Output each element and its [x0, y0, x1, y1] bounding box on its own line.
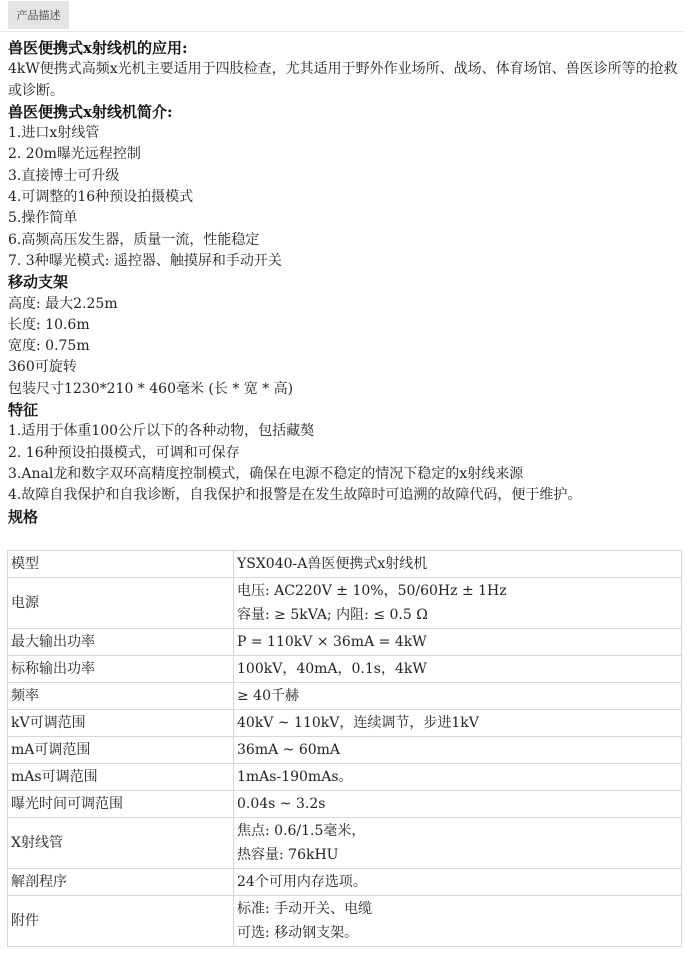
specs-table: 模型 YSX040-A兽医便携式x射线机 电源 电压: AC220V ± 10%… [7, 550, 682, 947]
intro-item: 7. 3种曝光模式: 遥控器、触摸屏和手动开关 [8, 251, 684, 272]
table-row: 模型 YSX040-A兽医便携式x射线机 [8, 551, 682, 578]
specs-heading: 规格 [8, 507, 684, 528]
feature-item: 4.故障自我保护和自我诊断，自我保护和报警是在发生故障时可追溯的故障代码，便于维… [8, 485, 684, 506]
stand-item: 宽度: 0.75m [8, 336, 684, 357]
spec-key: X射线管 [8, 818, 234, 869]
spec-value-line: 容量: ≥ 5kVA; 内阻: ≤ 0.5 Ω [237, 603, 678, 627]
spec-key: mA可调范围 [8, 737, 234, 764]
table-row: 曝光时间可调范围 0.04s ~ 3.2s [8, 791, 682, 818]
table-row: 频率 ≥ 40千赫 [8, 683, 682, 710]
feature-item: 3.Anal龙和数字双环高精度控制模式，确保在电源不稳定的情况下稳定的x射线来源 [8, 464, 684, 485]
intro-item: 4.可调整的16种预设拍摄模式 [8, 187, 684, 208]
application-text: 4kW便携式高频x光机主要适用于四肢检查，尤其适用于野外作业场所、战场、体育场馆… [8, 59, 684, 102]
table-row: X射线管 焦点: 0.6/1.5毫米， 热容量: 76kHU [8, 818, 682, 869]
table-row: 最大输出功率 P = 110kV × 36mA = 4kW [8, 629, 682, 656]
spec-key: 最大输出功率 [8, 629, 234, 656]
feature-item: 2. 16种预设拍摄模式，可调和可保存 [8, 443, 684, 464]
spec-key: 模型 [8, 551, 234, 578]
features-heading: 特征 [8, 400, 684, 421]
spec-key: 附件 [8, 896, 234, 947]
spec-value-line: 标准: 手动开关、电缆 [237, 897, 678, 921]
spec-value: 24个可用内存选项。 [234, 869, 682, 896]
spec-key: kV可调范围 [8, 710, 234, 737]
spec-value: 标准: 手动开关、电缆 可选: 移动钢支架。 [234, 896, 682, 947]
intro-item: 5.操作简单 [8, 208, 684, 229]
stand-item: 高度: 最大2.25m [8, 294, 684, 315]
spec-value: P = 110kV × 36mA = 4kW [234, 629, 682, 656]
spec-value-line: 热容量: 76kHU [237, 843, 678, 867]
spec-value-line: 电压: AC220V ± 10%，50/60Hz ± 1Hz [237, 579, 678, 603]
table-row: 标称输出功率 100kV，40mA，0.1s，4kW [8, 656, 682, 683]
table-row: mA可调范围 36mA ~ 60mA [8, 737, 682, 764]
table-row: mAs可调范围 1mAs-190mAs。 [8, 764, 682, 791]
table-row: 附件 标准: 手动开关、电缆 可选: 移动钢支架。 [8, 896, 682, 947]
product-description: 兽医便携式x射线机的应用: 4kW便携式高频x光机主要适用于四肢检查，尤其适用于… [8, 38, 684, 528]
intro-item: 6.高频高压发生器，质量一流，性能稳定 [8, 230, 684, 251]
spec-value: 100kV，40mA，0.1s，4kW [234, 656, 682, 683]
spec-key: 解剖程序 [8, 869, 234, 896]
spec-value: 40kV ~ 110kV，连续调节，步进1kV [234, 710, 682, 737]
intro-item: 1.进口x射线管 [8, 123, 684, 144]
spec-key: 频率 [8, 683, 234, 710]
spec-key: 曝光时间可调范围 [8, 791, 234, 818]
stand-item: 长度: 10.6m [8, 315, 684, 336]
table-row: kV可调范围 40kV ~ 110kV，连续调节，步进1kV [8, 710, 682, 737]
spec-value-line: 可选: 移动钢支架。 [237, 921, 678, 945]
spec-value: ≥ 40千赫 [234, 683, 682, 710]
table-row: 电源 电压: AC220V ± 10%，50/60Hz ± 1Hz 容量: ≥ … [8, 578, 682, 629]
table-row: 解剖程序 24个可用内存选项。 [8, 869, 682, 896]
tab-product-description[interactable]: 产品描述 [8, 1, 69, 29]
spec-value: 1mAs-190mAs。 [234, 764, 682, 791]
stand-heading: 移动支架 [8, 272, 684, 293]
spec-key: 电源 [8, 578, 234, 629]
spec-value: 电压: AC220V ± 10%，50/60Hz ± 1Hz 容量: ≥ 5kV… [234, 578, 682, 629]
spec-value: YSX040-A兽医便携式x射线机 [234, 551, 682, 578]
spec-key: mAs可调范围 [8, 764, 234, 791]
application-heading: 兽医便携式x射线机的应用: [8, 38, 684, 59]
spec-value-line: 焦点: 0.6/1.5毫米， [237, 819, 678, 843]
spec-key: 标称输出功率 [8, 656, 234, 683]
feature-item: 1.适用于体重100公斤以下的各种动物，包括藏獒 [8, 421, 684, 442]
spec-value: 0.04s ~ 3.2s [234, 791, 682, 818]
spec-value: 焦点: 0.6/1.5毫米， 热容量: 76kHU [234, 818, 682, 869]
spec-value: 36mA ~ 60mA [234, 737, 682, 764]
stand-item: 360可旋转 [8, 357, 684, 378]
intro-item: 3.直接博士可升级 [8, 166, 684, 187]
tab-bar: 产品描述 [0, 0, 684, 32]
intro-heading: 兽医便携式x射线机简介: [8, 102, 684, 123]
intro-item: 2. 20m曝光远程控制 [8, 144, 684, 165]
stand-item: 包装尺寸1230*210 * 460毫米 (长 * 宽 * 高) [8, 379, 684, 400]
